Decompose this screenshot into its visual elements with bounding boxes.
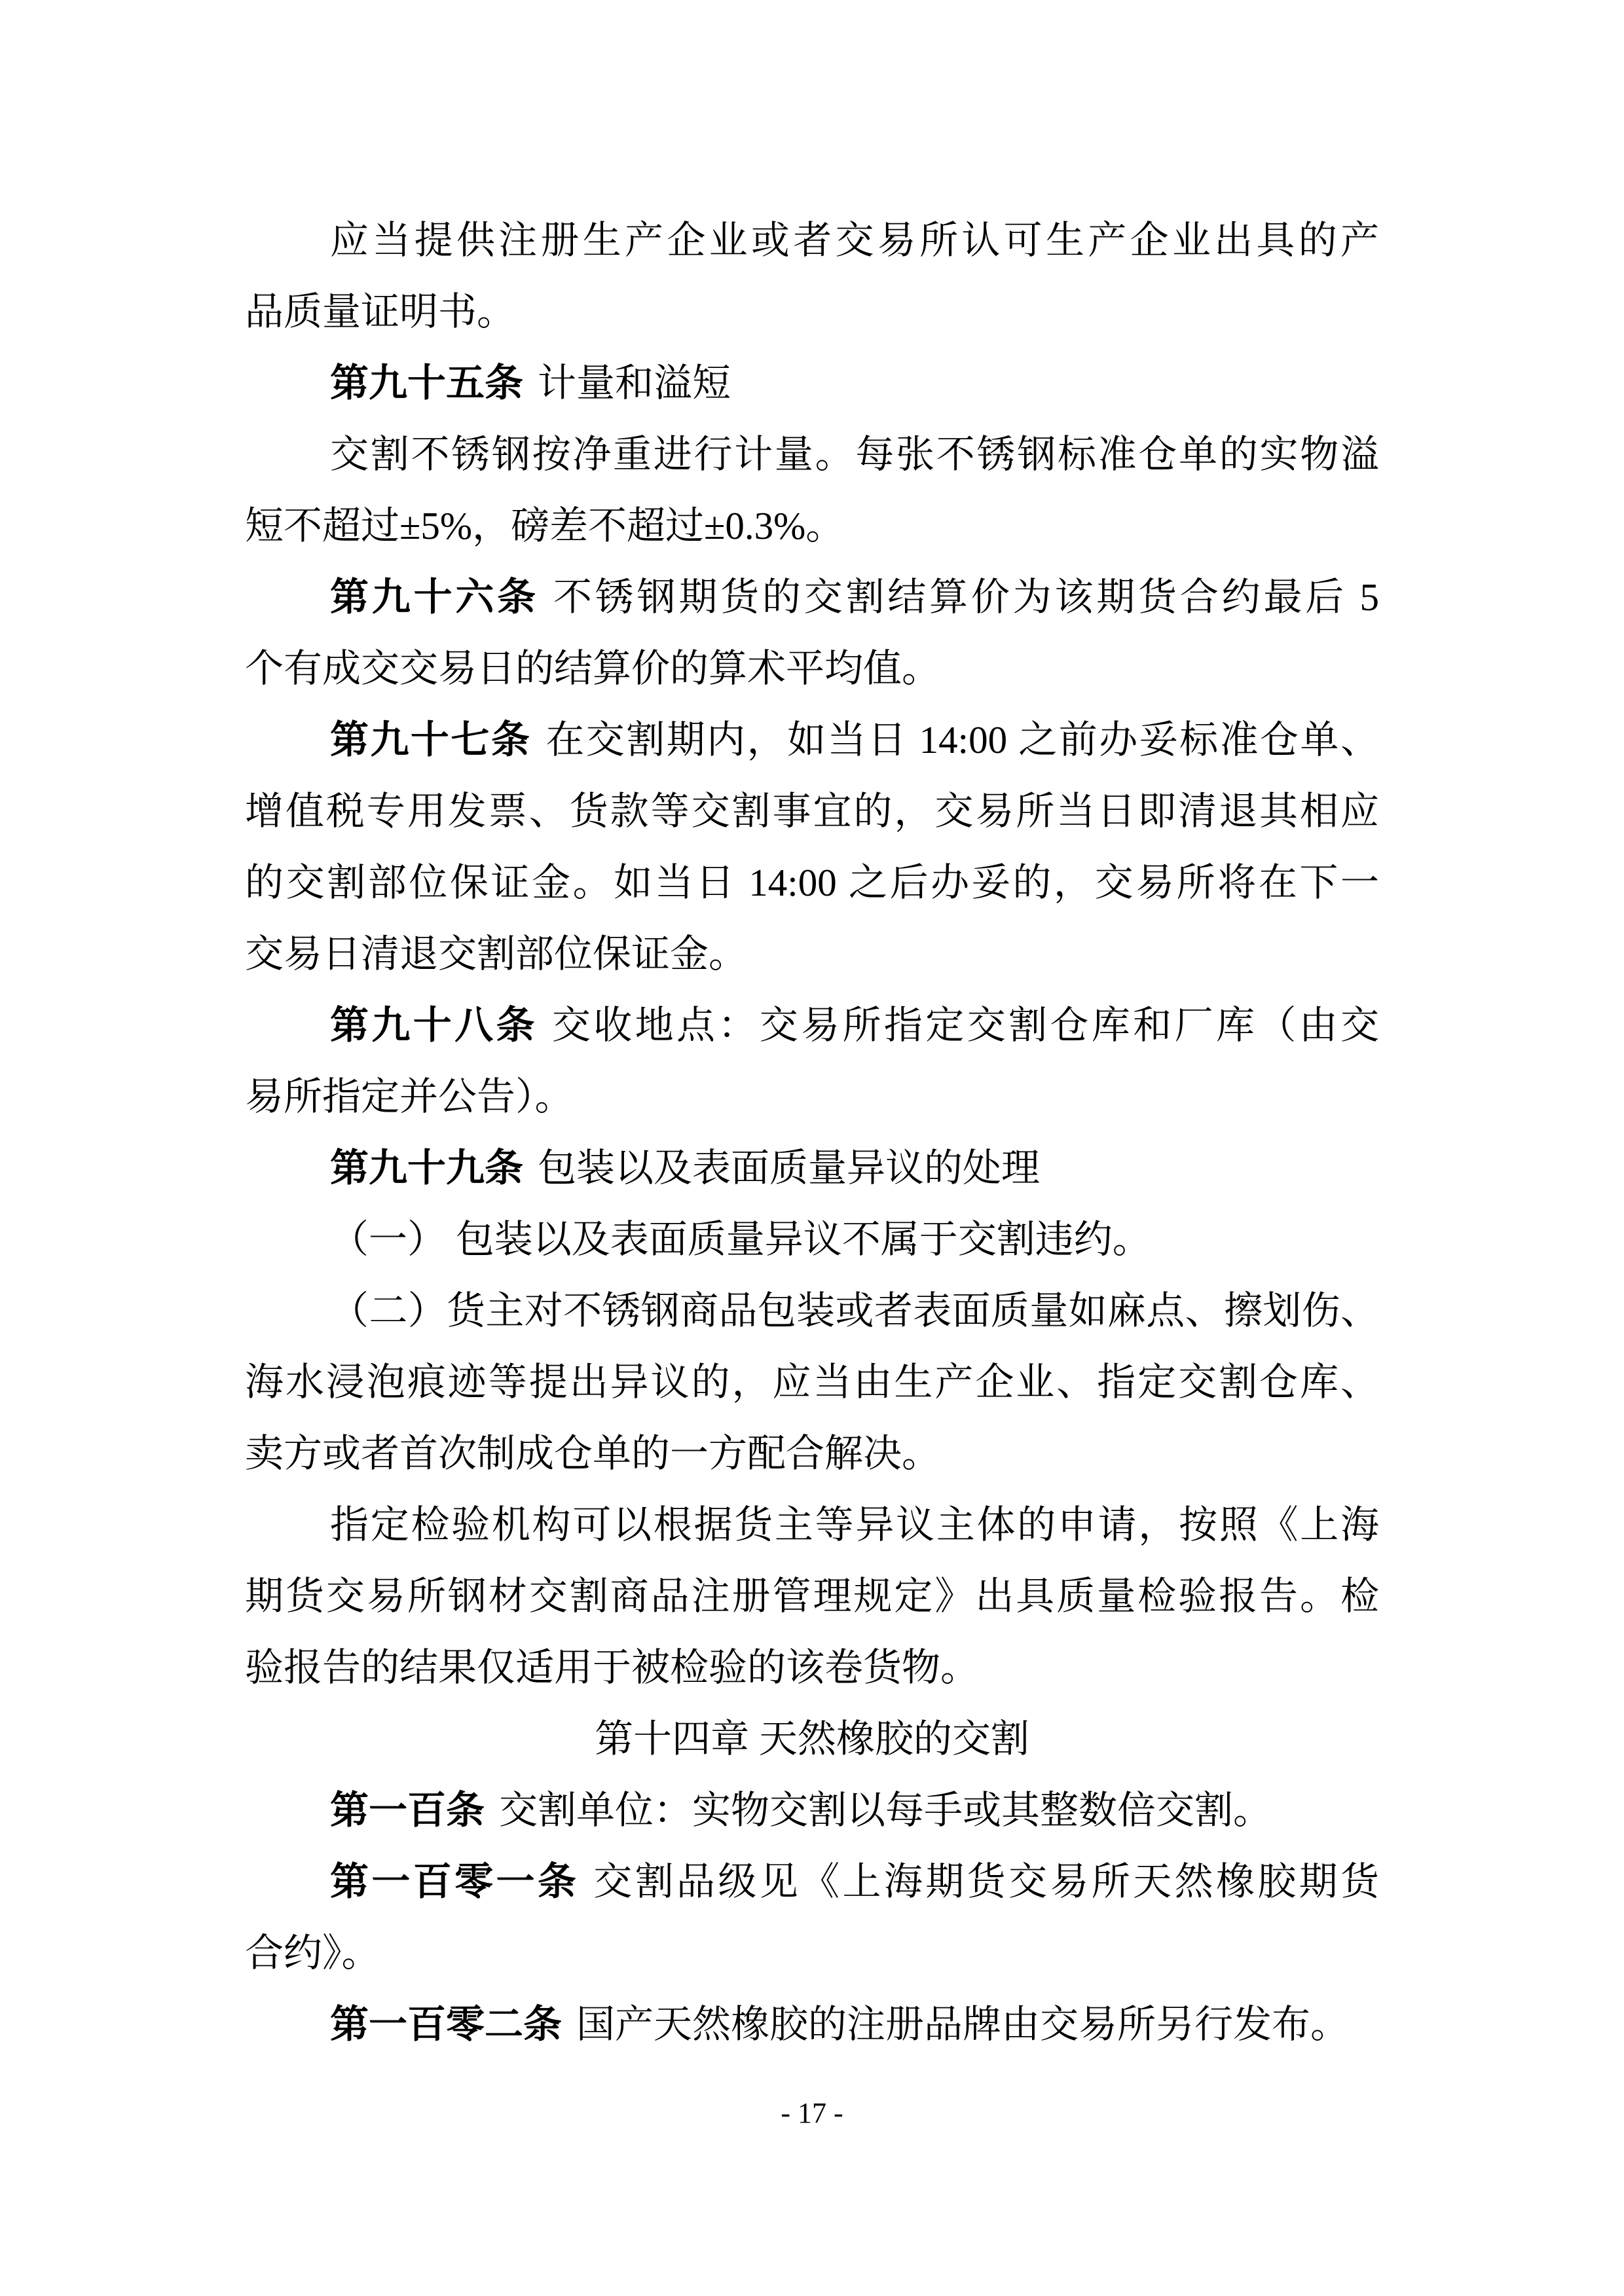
- line-text: 验报告的结果仅适用于被检验的该卷货物。: [245, 1646, 979, 1689]
- line-text: 交易日清退交割部位保证金。: [245, 932, 747, 975]
- line-text: 易所指定并公告）。: [245, 1075, 574, 1118]
- text-line: 的交割部位保证金。如当日 14:00 之后办妥的，交易所将在下一: [245, 847, 1379, 919]
- text-line: 第九十七条在交割期内，如当日 14:00 之前办妥标准仓单、: [245, 704, 1379, 776]
- line-text: 增值税专用发票、货款等交割事宜的，交易所当日即清退其相应: [245, 790, 1379, 833]
- text-line: 第九十八条交收地点：交易所指定交割仓库和厂库（由交: [245, 990, 1379, 1061]
- page-number: - 17 -: [0, 2094, 1624, 2133]
- text-line: 验报告的结果仅适用于被检验的该卷货物。: [245, 1632, 1379, 1704]
- text-line: （二）货主对不锈钢商品包装或者表面质量如麻点、擦划伤、: [245, 1275, 1379, 1347]
- line-text: 计量和溢短: [538, 361, 731, 405]
- article-number: 第九十六条: [330, 575, 539, 619]
- line-text: 在交割期内，如当日 14:00 之前办妥标准仓单、: [545, 718, 1379, 761]
- line-text: 交割单位：实物交割以每手或其整数倍交割。: [499, 1789, 1272, 1832]
- article-number: 第一百零一条: [330, 1860, 579, 1903]
- line-text: 交收地点：交易所指定交割仓库和厂库（由交: [552, 1004, 1379, 1047]
- line-text: 指定检验机构可以根据货主等异议主体的申请，按照《上海: [330, 1503, 1379, 1546]
- text-line: 品质量证明书。: [245, 276, 1379, 348]
- line-text: 应当提供注册生产企业或者交易所认可生产企业出具的产: [330, 219, 1379, 262]
- line-text: 国产天然橡胶的注册品牌由交易所另行发布。: [576, 2003, 1349, 2046]
- text-line: 第一百零二条国产天然橡胶的注册品牌由交易所另行发布。: [245, 1989, 1379, 2060]
- text-line: 合约》。: [245, 1918, 1379, 1989]
- page-content: 应当提供注册生产企业或者交易所认可生产企业出具的产品质量证明书。第九十五条计量和…: [245, 205, 1379, 2060]
- chapter-heading: 第十四章 天然橡胶的交割: [245, 1704, 1379, 1775]
- document-page: 应当提供注册生产企业或者交易所认可生产企业出具的产品质量证明书。第九十五条计量和…: [0, 0, 1624, 2296]
- line-text: （二）货主对不锈钢商品包装或者表面质量如麻点、擦划伤、: [330, 1289, 1379, 1332]
- line-text: 期货交易所钢材交割商品注册管理规定》出具质量检验报告。检: [245, 1575, 1379, 1618]
- article-number: 第九十七条: [330, 718, 531, 761]
- text-line: 海水浸泡痕迹等提出异议的，应当由生产企业、指定交割仓库、: [245, 1347, 1379, 1418]
- article-number: 第九十九条: [330, 1146, 523, 1190]
- line-text: 短不超过±5%，磅差不超过±0.3%。: [245, 504, 844, 547]
- line-text: 品质量证明书。: [245, 290, 515, 333]
- text-line: 第一百零一条交割品级见《上海期货交易所天然橡胶期货: [245, 1846, 1379, 1918]
- article-number: 第九十五条: [330, 361, 523, 405]
- line-text: 合约》。: [245, 1931, 380, 1975]
- line-text: 包装以及表面质量异议的处理: [538, 1146, 1040, 1190]
- line-text: 第十四章 天然橡胶的交割: [595, 1717, 1029, 1760]
- text-line: 个有成交交易日的结算价的算术平均值。: [245, 633, 1379, 704]
- text-line: 增值税专用发票、货款等交割事宜的，交易所当日即清退其相应: [245, 776, 1379, 847]
- text-line: 第一百条交割单位：实物交割以每手或其整数倍交割。: [245, 1775, 1379, 1846]
- line-text: 不锈钢期货的交割结算价为该期货合约最后 5: [553, 575, 1379, 619]
- line-text: 个有成交交易日的结算价的算术平均值。: [245, 647, 940, 690]
- text-line: 指定检验机构可以根据货主等异议主体的申请，按照《上海: [245, 1489, 1379, 1561]
- text-line: 易所指定并公告）。: [245, 1061, 1379, 1133]
- text-line: （一） 包装以及表面质量异议不属于交割违约。: [245, 1204, 1379, 1275]
- line-text: 交割不锈钢按净重进行计量。每张不锈钢标准仓单的实物溢: [330, 433, 1379, 476]
- text-line: 交割不锈钢按净重进行计量。每张不锈钢标准仓单的实物溢: [245, 419, 1379, 490]
- article-number: 第九十八条: [330, 1004, 538, 1047]
- text-line: 卖方或者首次制成仓单的一方配合解决。: [245, 1418, 1379, 1489]
- text-line: 应当提供注册生产企业或者交易所认可生产企业出具的产: [245, 205, 1379, 276]
- line-text: 卖方或者首次制成仓单的一方配合解决。: [245, 1432, 940, 1475]
- text-line: 第九十五条计量和溢短: [245, 348, 1379, 419]
- line-text: 海水浸泡痕迹等提出异议的，应当由生产企业、指定交割仓库、: [245, 1360, 1379, 1404]
- line-text: （一） 包装以及表面质量异议不属于交割违约。: [330, 1218, 1151, 1261]
- article-number: 第一百零二条: [330, 2003, 562, 2046]
- text-line: 短不超过±5%，磅差不超过±0.3%。: [245, 490, 1379, 562]
- text-line: 期货交易所钢材交割商品注册管理规定》出具质量检验报告。检: [245, 1561, 1379, 1632]
- line-text: 交割品级见《上海期货交易所天然橡胶期货: [593, 1860, 1379, 1903]
- text-line: 第九十九条包装以及表面质量异议的处理: [245, 1133, 1379, 1204]
- text-line: 第九十六条不锈钢期货的交割结算价为该期货合约最后 5: [245, 562, 1379, 633]
- line-text: 的交割部位保证金。如当日 14:00 之后办妥的，交易所将在下一: [245, 861, 1379, 904]
- text-line: 交易日清退交割部位保证金。: [245, 919, 1379, 990]
- article-number: 第一百条: [330, 1789, 485, 1832]
